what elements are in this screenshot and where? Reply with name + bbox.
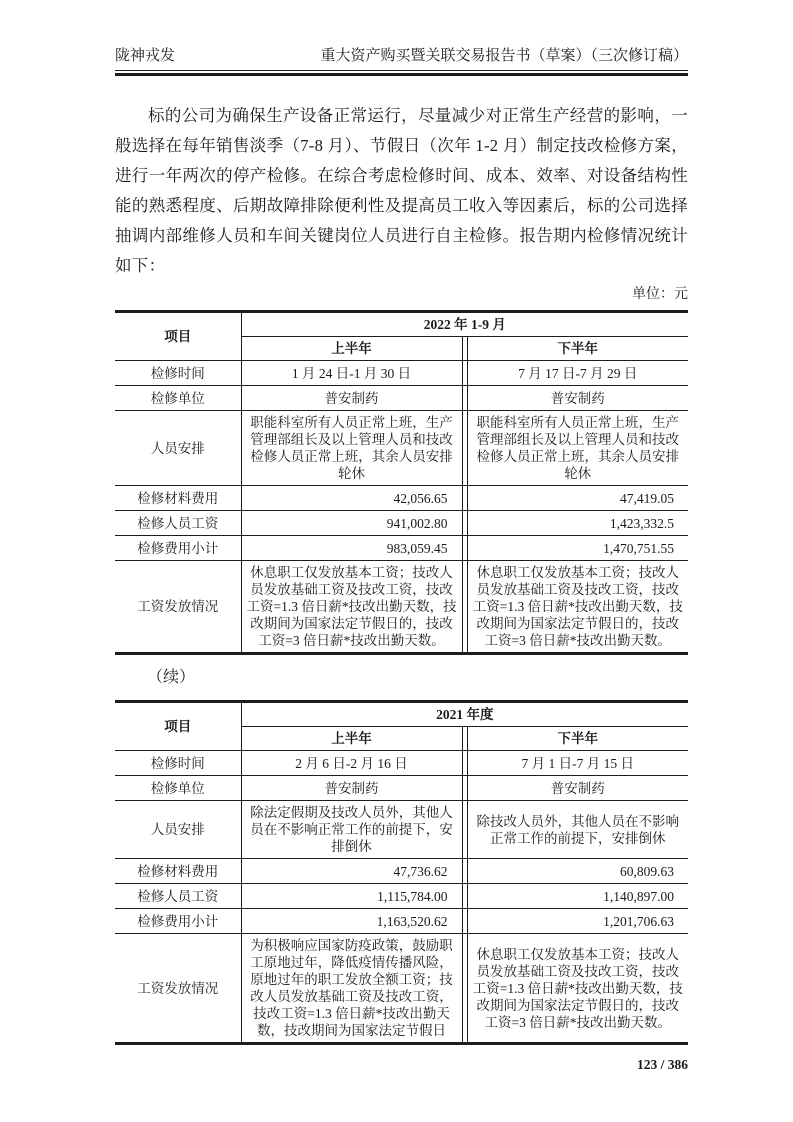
row-label: 检修时间 [115,361,241,386]
table-row: 检修时间 2 月 6 日-2 月 16 日 7 月 1 日-7 月 15 日 [115,751,688,776]
table-row: 检修人员工资 1,115,784.00 1,140,897.00 [115,884,688,909]
column-header-item: 项目 [115,312,241,361]
column-header-item: 项目 [115,702,241,751]
table-row: 检修材料费用 47,736.62 60,809.63 [115,859,688,884]
second-half-value: 7 月 17 日-7 月 29 日 [467,361,688,386]
table-header-row: 项目 2022 年 1-9 月 [115,312,688,337]
second-half-value: 普安制药 [467,776,688,801]
second-half-value: 1,140,897.00 [467,884,688,909]
table-row: 检修时间 1 月 24 日-1 月 30 日 7 月 17 日-7 月 29 日 [115,361,688,386]
table-header-row: 项目 2021 年度 [115,702,688,727]
first-half-value: 休息职工仅发放基本工资；技改人员发放基础工资及技改工资，技改工资=1.3 倍日薪… [241,561,462,654]
table-row: 工资发放情况 为积极响应国家防疫政策，鼓励职工原地过年，降低疫情传播风险，原地过… [115,934,688,1044]
header-company-name: 陇神戎发 [115,46,175,66]
first-half-value: 1 月 24 日-1 月 30 日 [241,361,462,386]
first-half-value: 42,056.65 [241,486,462,511]
second-half-value: 除技改人员外，其他人员在不影响正常工作的前提下，安排倒休 [467,801,688,859]
first-half-value: 为积极响应国家防疫政策，鼓励职工原地过年，降低疫情传播风险，原地过年的职工发放全… [241,934,462,1044]
header-rule [115,73,688,76]
first-half-value: 职能科室所有人员正常上班，生产管理部组长及以上管理人员和技改检修人员正常上班，其… [241,411,462,486]
first-half-value: 普安制药 [241,776,462,801]
table-row: 人员安排 职能科室所有人员正常上班，生产管理部组长及以上管理人员和技改检修人员正… [115,411,688,486]
unit-label: 单位：元 [115,284,688,306]
second-half-value: 7 月 1 日-7 月 15 日 [467,751,688,776]
table-row: 检修人员工资 941,002.80 1,423,332.5 [115,511,688,536]
table-row: 工资发放情况 休息职工仅发放基本工资；技改人员发放基础工资及技改工资，技改工资=… [115,561,688,654]
page-header: 陇神戎发 重大资产购买暨关联交易报告书（草案）（三次修订稿） [115,46,688,71]
first-half-value: 普安制药 [241,386,462,411]
first-half-value: 983,059.45 [241,536,462,561]
second-half-value: 47,419.05 [467,486,688,511]
subheader-first-half: 上半年 [241,337,462,361]
second-half-value: 普安制药 [467,386,688,411]
first-half-value: 除法定假期及技改人员外，其他人员在不影响正常工作的前提下，安排倒休 [241,801,462,859]
row-label: 工资发放情况 [115,934,241,1044]
maintenance-table-2022: 项目 2022 年 1-9 月 上半年 下半年 检修时间 1 月 24 日-1 … [115,310,688,655]
row-label: 检修费用小计 [115,909,241,934]
table-row: 检修材料费用 42,056.65 47,419.05 [115,486,688,511]
row-label: 检修单位 [115,776,241,801]
row-label: 人员安排 [115,801,241,859]
row-label: 检修材料费用 [115,486,241,511]
document-page: 陇神戎发 重大资产购买暨关联交易报告书（草案）（三次修订稿） 标的公司为确保生产… [0,0,793,1122]
maintenance-table-2021: 项目 2021 年度 上半年 下半年 检修时间 2 月 6 日-2 月 16 日… [115,700,688,1045]
first-half-value: 1,163,520.62 [241,909,462,934]
row-label: 检修材料费用 [115,859,241,884]
row-label: 检修单位 [115,386,241,411]
row-label: 检修人员工资 [115,884,241,909]
second-half-value: 休息职工仅发放基本工资；技改人员发放基础工资及技改工资，技改工资=1.3 倍日薪… [467,934,688,1044]
second-half-value: 1,423,332.5 [467,511,688,536]
row-label: 工资发放情况 [115,561,241,654]
first-half-value: 1,115,784.00 [241,884,462,909]
subheader-second-half: 下半年 [467,727,688,751]
subheader-first-half: 上半年 [241,727,462,751]
row-label: 人员安排 [115,411,241,486]
period-header-2022: 2022 年 1-9 月 [241,312,688,337]
second-half-value: 休息职工仅发放基本工资；技改人员发放基础工资及技改工资，技改工资=1.3 倍日薪… [467,561,688,654]
table-row: 人员安排 除法定假期及技改人员外，其他人员在不影响正常工作的前提下，安排倒休 除… [115,801,688,859]
continued-label: （续） [115,667,688,689]
second-half-value: 1,201,706.63 [467,909,688,934]
table-row: 检修费用小计 1,163,520.62 1,201,706.63 [115,909,688,934]
body-paragraph: 标的公司为确保生产设备正常运行，尽量减少对正常生产经营的影响，一般选择在每年销售… [115,101,688,281]
table-row: 检修单位 普安制药 普安制药 [115,386,688,411]
period-header-2021: 2021 年度 [241,702,688,727]
second-half-value: 职能科室所有人员正常上班，生产管理部组长及以上管理人员和技改检修人员正常上班，其… [467,411,688,486]
second-half-value: 60,809.63 [467,859,688,884]
row-label: 检修时间 [115,751,241,776]
first-half-value: 941,002.80 [241,511,462,536]
first-half-value: 2 月 6 日-2 月 16 日 [241,751,462,776]
table-row: 检修单位 普安制药 普安制药 [115,776,688,801]
subheader-second-half: 下半年 [467,337,688,361]
header-report-title: 重大资产购买暨关联交易报告书（草案）（三次修订稿） [320,46,688,66]
second-half-value: 1,470,751.55 [467,536,688,561]
row-label: 检修人员工资 [115,511,241,536]
page-number: 123 / 386 [115,1057,688,1073]
table-row: 检修费用小计 983,059.45 1,470,751.55 [115,536,688,561]
row-label: 检修费用小计 [115,536,241,561]
first-half-value: 47,736.62 [241,859,462,884]
